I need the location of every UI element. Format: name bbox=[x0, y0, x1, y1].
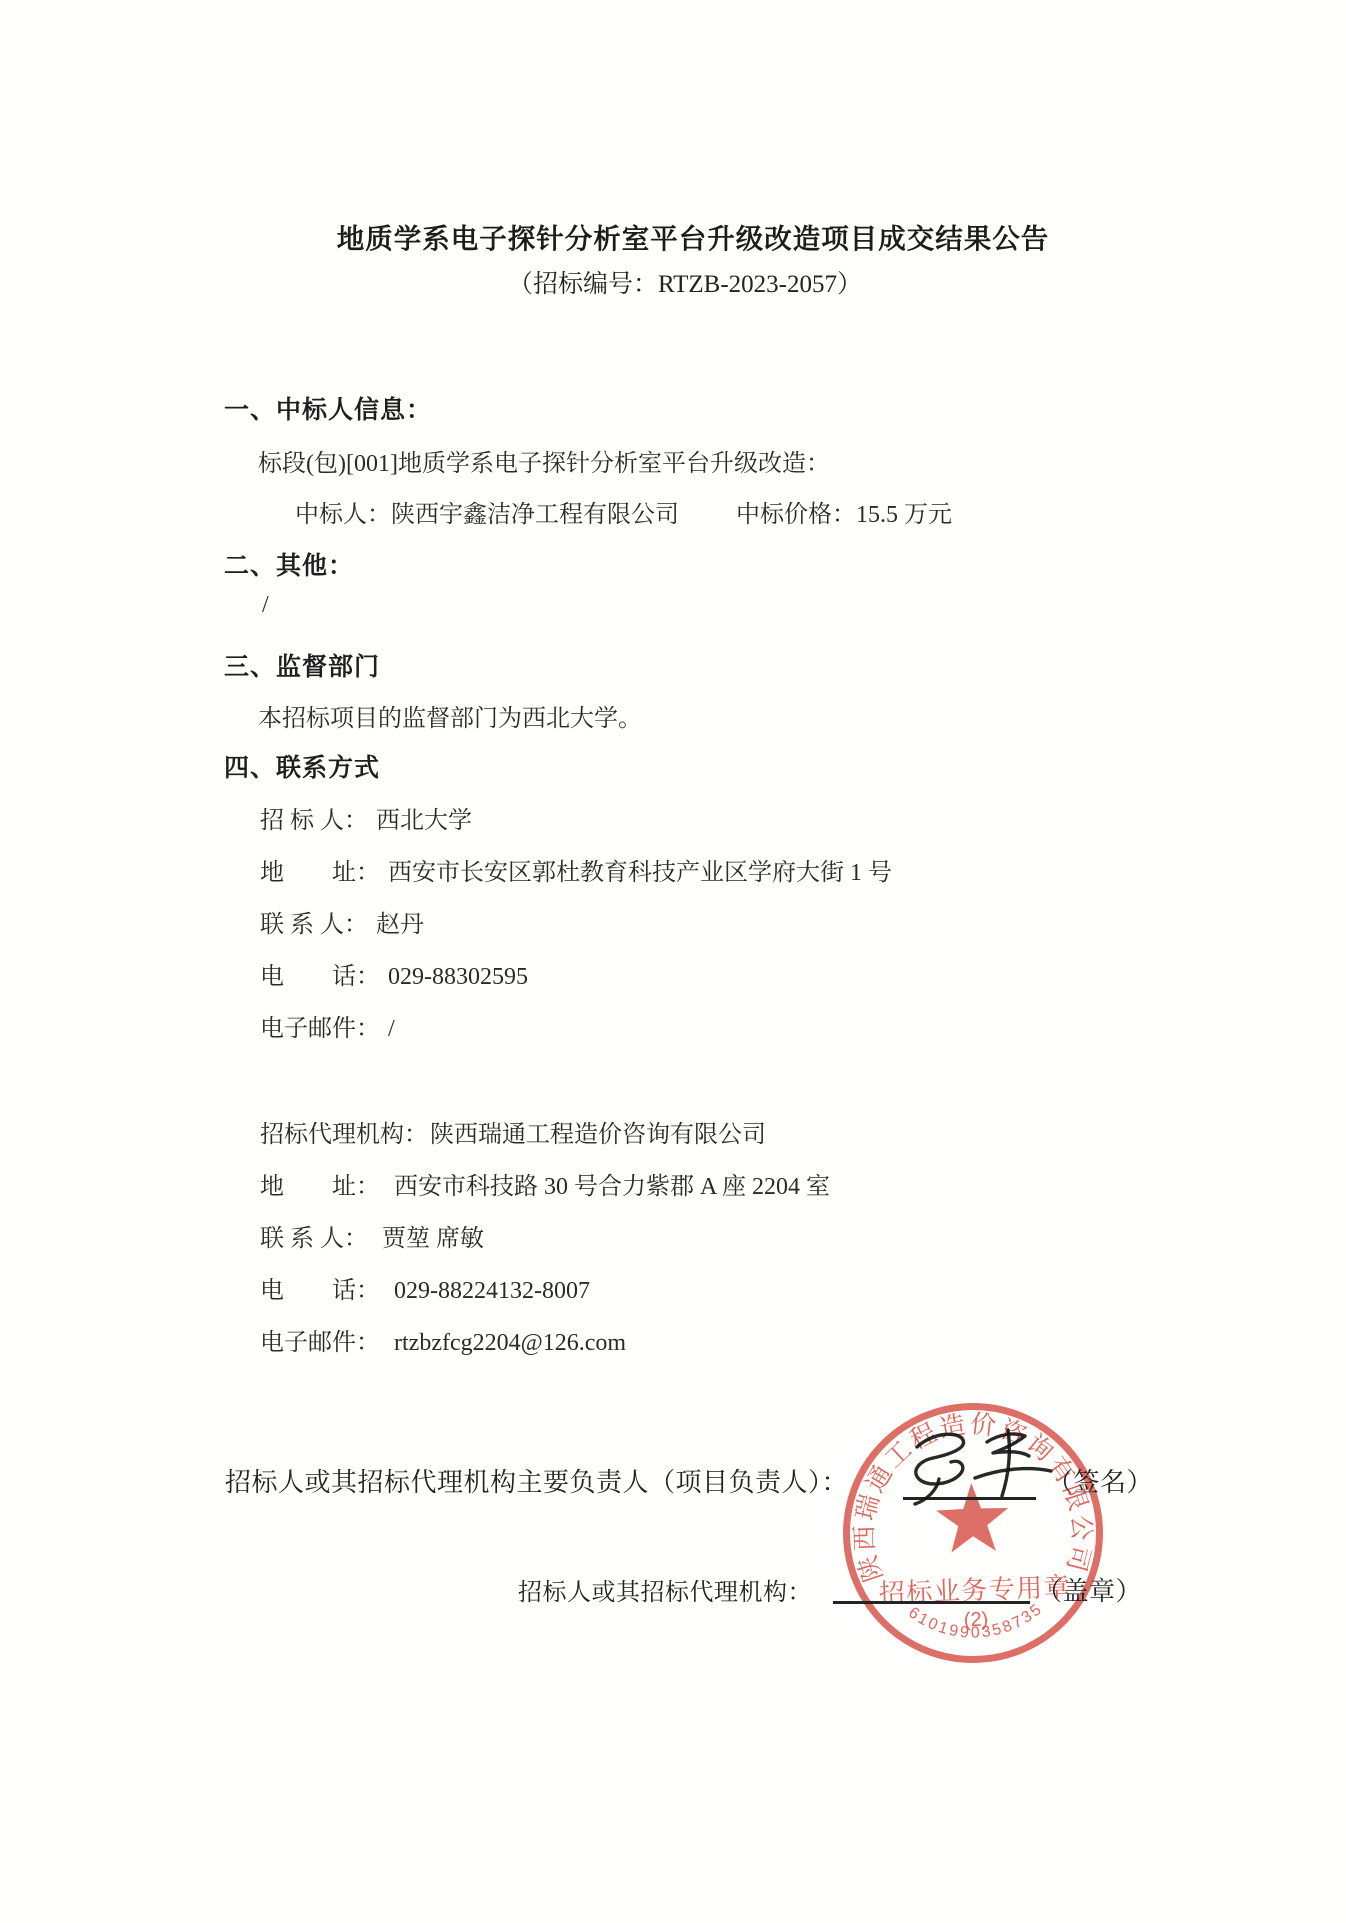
stamp-underline bbox=[833, 1601, 1030, 1604]
winner-price: 15.5 万元 bbox=[856, 494, 952, 529]
tenderer-contact-row: 联 系 人：赵丹 bbox=[260, 904, 424, 939]
section-winner-heading: 一、中标人信息： bbox=[224, 390, 432, 426]
stamp-line-prefix: 招标人或其招标代理机构： bbox=[518, 1572, 812, 1607]
agency-phone-value: 029-88224132-8007 bbox=[394, 1278, 590, 1305]
agency-phone-row: 电 话：029-88224132-8007 bbox=[260, 1270, 590, 1305]
tenderer-name-row: 招 标 人：西北大学 bbox=[260, 800, 472, 835]
tenderer-email-label: 电子邮件： bbox=[260, 1008, 380, 1043]
winner-line: 中标人：陕西宇鑫洁净工程有限公司 bbox=[295, 494, 679, 529]
agency-contact-label: 联 系 人： bbox=[260, 1218, 368, 1253]
agency-contact-value: 贾堃 席敏 bbox=[382, 1218, 484, 1253]
other-content: / bbox=[262, 592, 269, 619]
section-other-heading: 二、其他： bbox=[224, 546, 354, 582]
document-page: 地质学系电子探针分析室平台升级改造项目成交结果公告 （招标编号：RTZB-202… bbox=[0, 0, 1346, 1923]
agency-contact-row: 联 系 人：贾堃 席敏 bbox=[260, 1218, 484, 1253]
agency-name-row: 招标代理机构：陕西瑞通工程造价咨询有限公司 bbox=[260, 1114, 766, 1149]
tenderer-name-value: 西北大学 bbox=[376, 800, 472, 835]
section-supervision-heading: 三、监督部门 bbox=[224, 647, 380, 683]
tenderer-phone-label: 电 话： bbox=[260, 956, 380, 991]
agency-email-row: 电子邮件：rtzbzfcg2204@126.com bbox=[260, 1322, 626, 1357]
tenderer-phone-value: 029-88302595 bbox=[388, 964, 528, 991]
price-label: 中标价格： bbox=[736, 494, 856, 529]
winner-label: 中标人： bbox=[295, 494, 391, 529]
agency-address-row: 地 址：西安市科技路 30 号合力紫郡 A 座 2204 室 bbox=[260, 1166, 830, 1201]
tenderer-name-label: 招 标 人： bbox=[260, 800, 368, 835]
handwritten-signature bbox=[875, 1422, 1075, 1517]
section-contact-heading: 四、联系方式 bbox=[224, 748, 380, 784]
agency-email-label: 电子邮件： bbox=[260, 1322, 380, 1357]
tender-number: （招标编号：RTZB-2023-2057） bbox=[12, 264, 1346, 300]
winner-name: 陕西宇鑫洁净工程有限公司 bbox=[391, 494, 679, 529]
agency-phone-label: 电 话： bbox=[260, 1270, 380, 1305]
tenderer-address-label: 地 址： bbox=[260, 852, 380, 887]
tenderer-address-value: 西安市长安区郭杜教育科技产业区学府大街 1 号 bbox=[388, 852, 892, 887]
agency-name-value: 陕西瑞通工程造价咨询有限公司 bbox=[430, 1114, 766, 1149]
tenderer-address-row: 地 址：西安市长安区郭杜教育科技产业区学府大街 1 号 bbox=[260, 852, 892, 887]
tenderer-email-value: / bbox=[388, 1016, 395, 1043]
lot-line: 标段(包)[001]地质学系电子探针分析室平台升级改造： bbox=[258, 443, 830, 478]
signature-line-prefix: 招标人或其招标代理机构主要负责人（项目负责人）： bbox=[225, 1462, 848, 1499]
agency-name-label: 招标代理机构： bbox=[260, 1114, 428, 1149]
agency-email-value: rtzbzfcg2204@126.com bbox=[394, 1330, 626, 1357]
page-title: 地质学系电子探针分析室平台升级改造项目成交结果公告 bbox=[20, 216, 1346, 256]
supervision-text: 本招标项目的监督部门为西北大学。 bbox=[258, 698, 642, 733]
tenderer-contact-value: 赵丹 bbox=[376, 904, 424, 939]
tenderer-phone-row: 电 话：029-88302595 bbox=[260, 956, 528, 991]
price-line: 中标价格：15.5 万元 bbox=[736, 494, 952, 529]
tenderer-contact-label: 联 系 人： bbox=[260, 904, 368, 939]
agency-address-label: 地 址： bbox=[260, 1166, 380, 1201]
agency-address-value: 西安市科技路 30 号合力紫郡 A 座 2204 室 bbox=[394, 1166, 830, 1201]
tenderer-email-row: 电子邮件：/ bbox=[260, 1008, 395, 1043]
stamp-suffix: （盖章） bbox=[1036, 1571, 1142, 1608]
